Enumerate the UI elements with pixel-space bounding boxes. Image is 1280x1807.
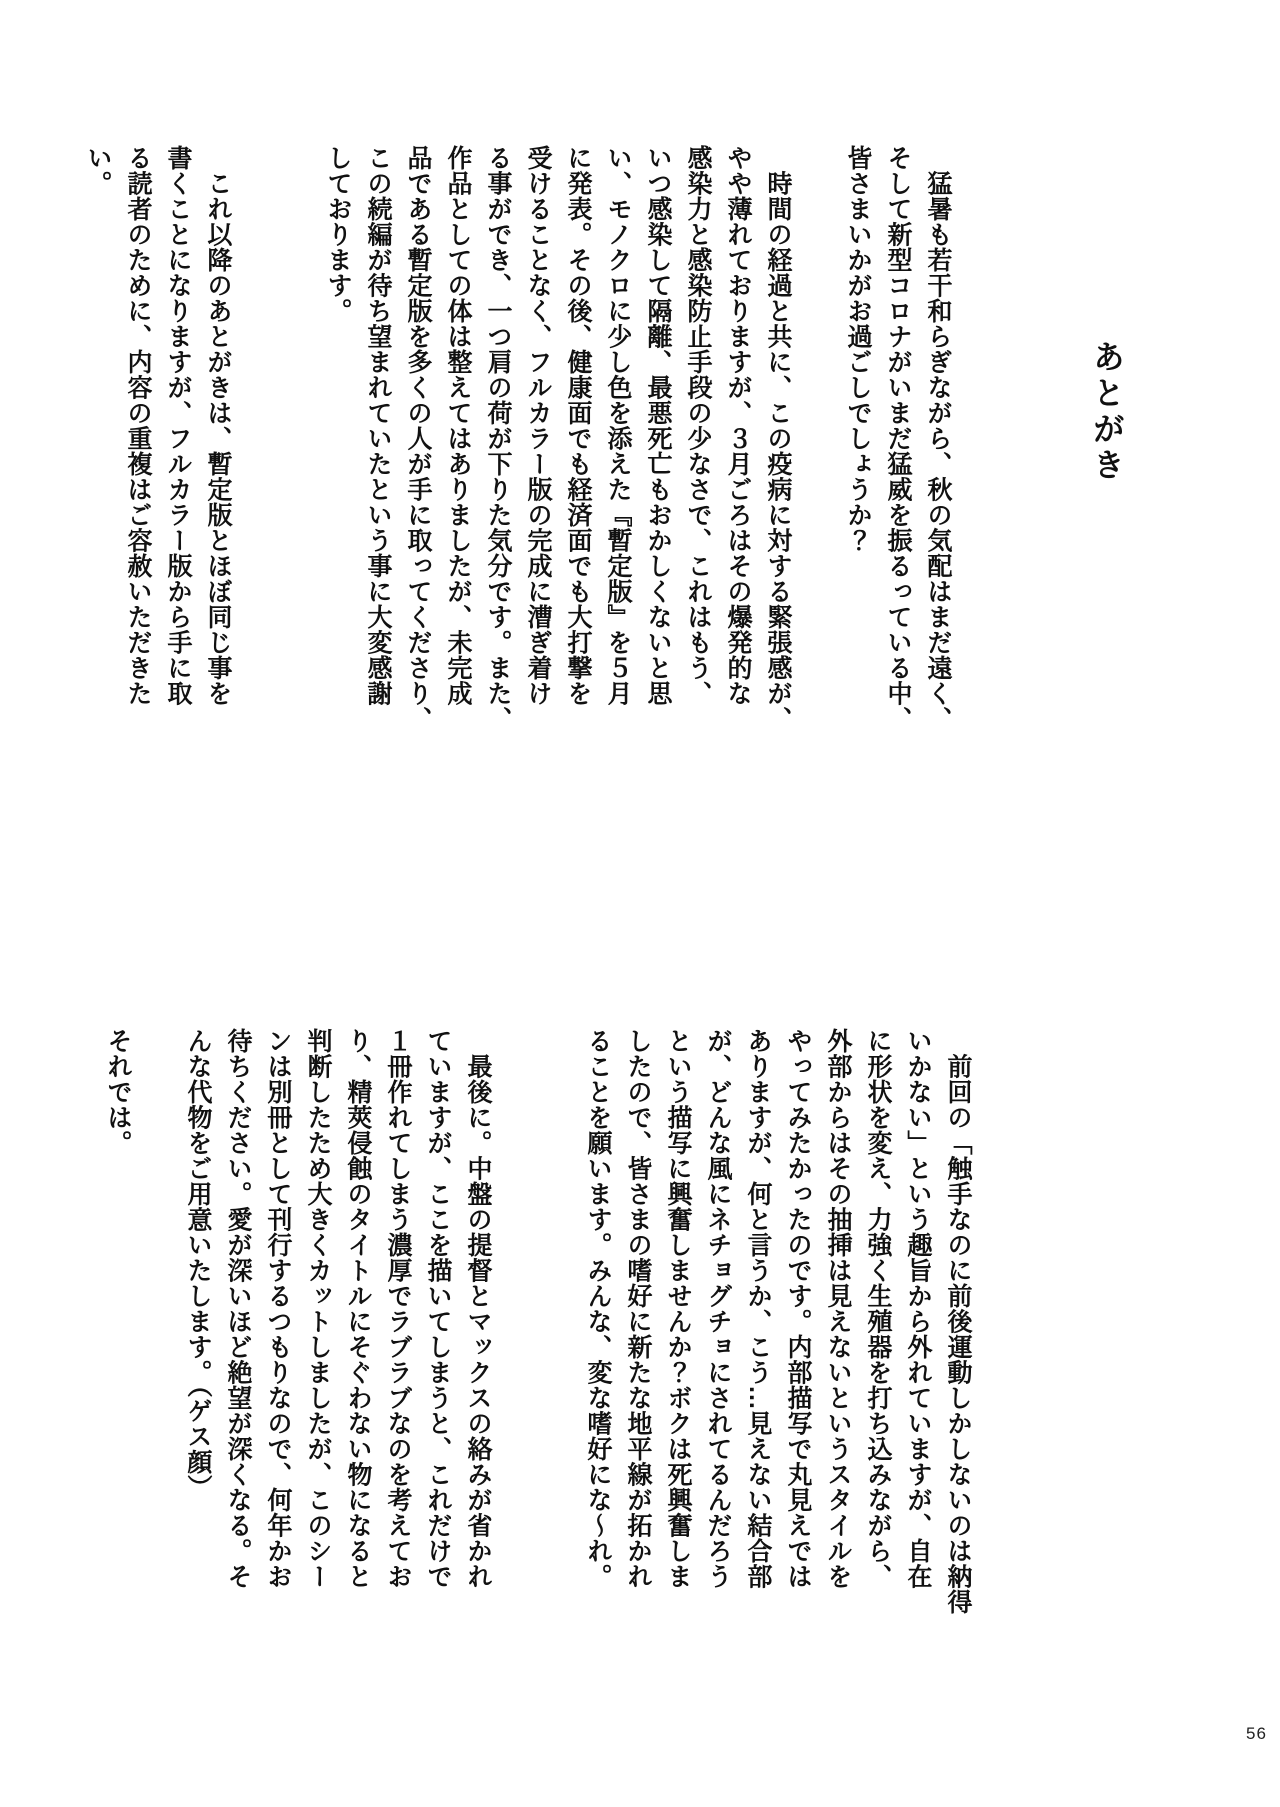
paragraph-pandemic-release: 時間の経過と共に、この疫病に対する緊張感が、 やや薄れておりますが、３月ごろはそ… <box>318 145 798 745</box>
page-number: 56 <box>1246 1724 1267 1744</box>
upper-text-block: 猛暑も若干和らぎながら、秋の気配はまだ遠く、 そして新型コロナがいまだ猛威を振る… <box>58 145 998 745</box>
paragraph-greeting: 猛暑も若干和らぎながら、秋の気配はまだ遠く、 そして新型コロナがいまだ猛威を振る… <box>838 145 958 745</box>
paragraph-concept-explanation: 前回の「触手なのに前後運動しかしないのは納得 いかない」という趣旨から外れていま… <box>578 1028 978 1628</box>
afterword-page: あとがき 猛暑も若干和らぎながら、秋の気配はまだ遠く、 そして新型コロナがいまだ… <box>0 0 1280 1807</box>
paragraph-afterword-note: これ以降のあとがきは、暫定版とほぼ同じ事を 書くことになりますが、フルカラー版か… <box>78 145 238 745</box>
paragraph-cut-scene-note: 最後に。中盤の提督とマックスの絡みが省かれ ていますが、ここを描いてしまうと、こ… <box>178 1028 498 1628</box>
lower-text-block: 前回の「触手なのに前後運動しかしないのは納得 いかない」という趣旨から外れていま… <box>58 1028 1018 1628</box>
paragraph-closing: それでは。 <box>98 1028 138 1628</box>
page-title: あとがき <box>1084 340 1130 484</box>
